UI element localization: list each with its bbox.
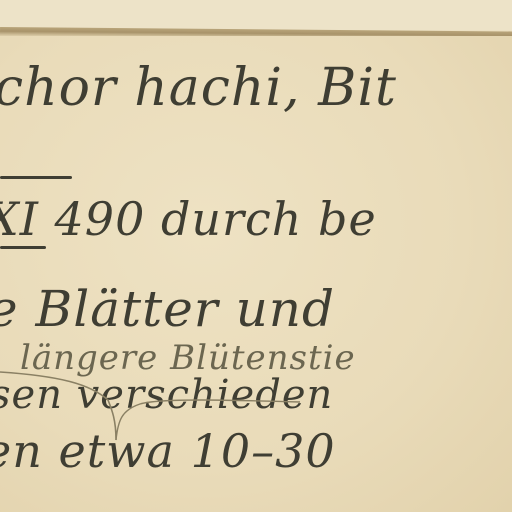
ink-underline <box>0 246 46 249</box>
insertion-caret-mark <box>0 350 512 480</box>
handwritten-line-2: XI 490 durch be <box>0 192 377 246</box>
ink-overline <box>0 176 72 179</box>
handwritten-line-3: e Blätter und <box>0 280 335 338</box>
background-sheet <box>0 0 512 30</box>
handwritten-line-1: chor hachi, Bit <box>0 58 397 118</box>
